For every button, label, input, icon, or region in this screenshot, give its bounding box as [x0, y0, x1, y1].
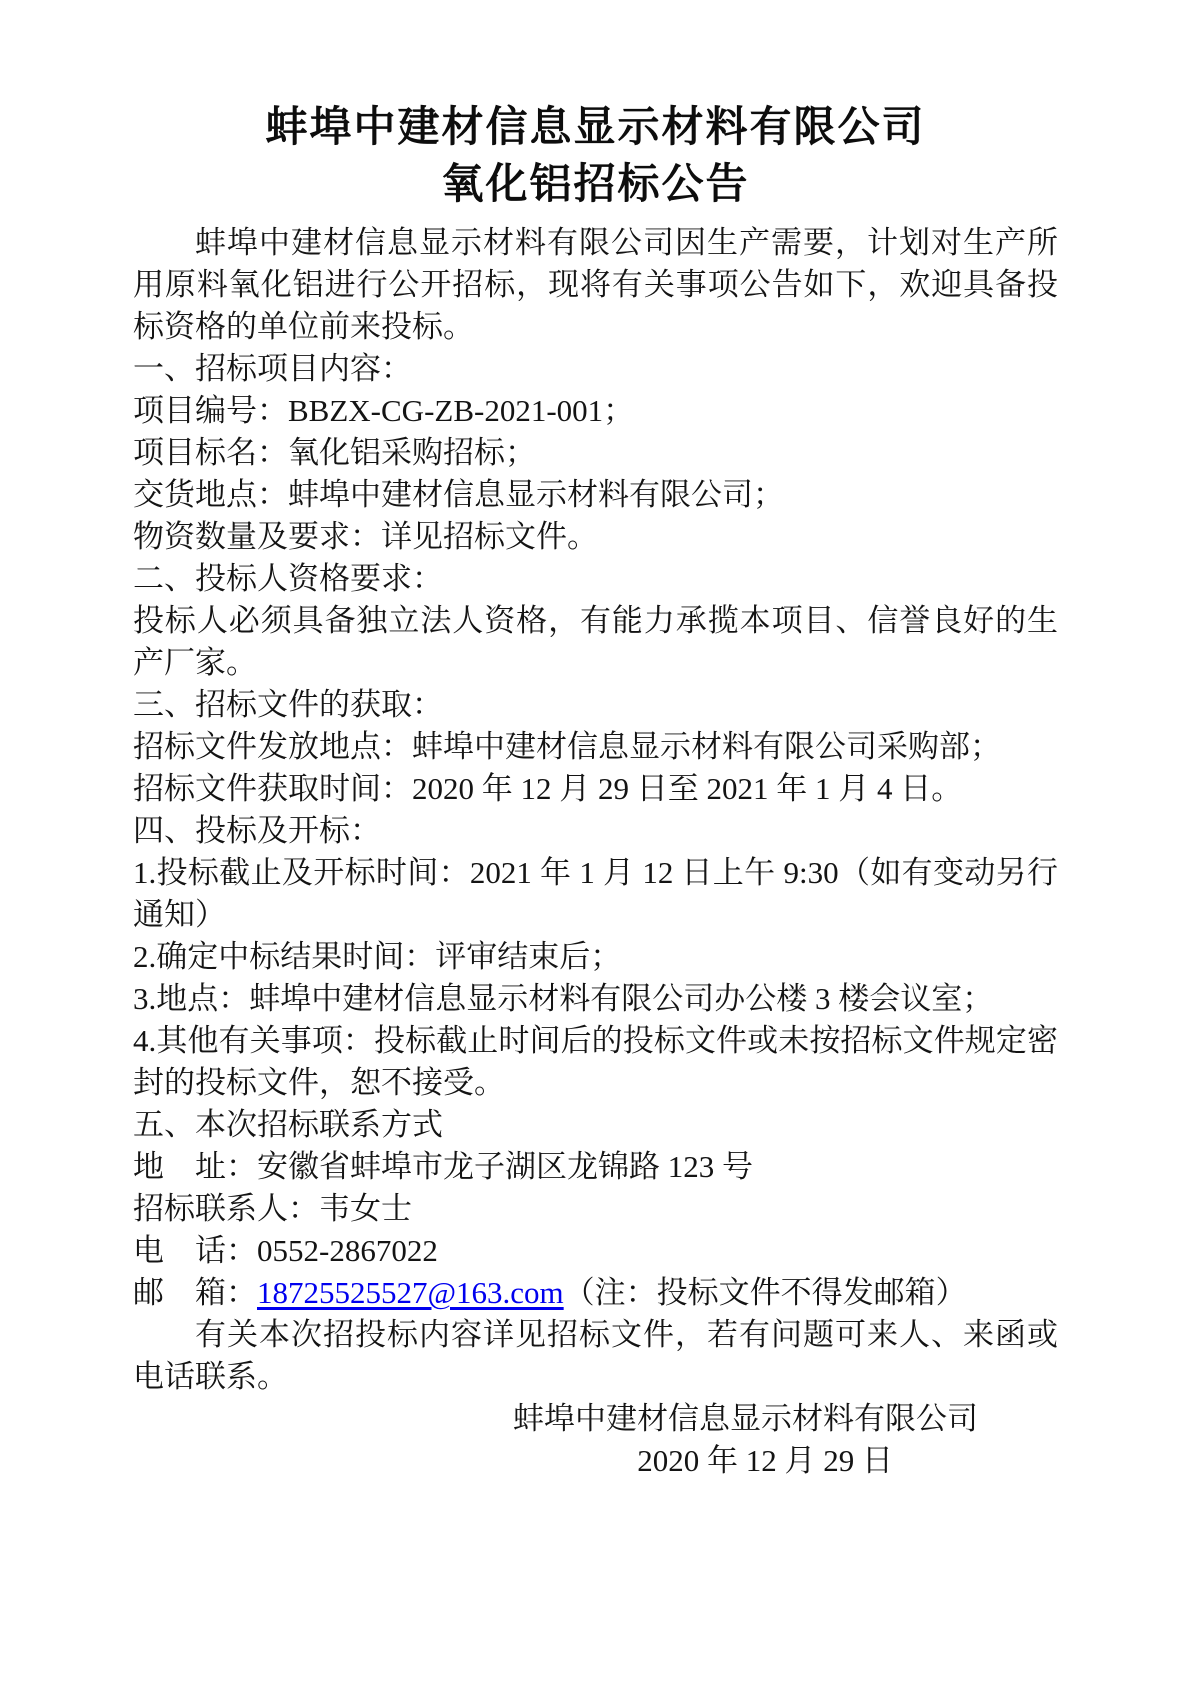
bidder-qualification-line: 投标人必须具备独立法人资格，有能力承揽本项目、信誉良好的生产厂家。 [133, 600, 1058, 684]
signature-block: 蚌埠中建材信息显示材料有限公司 2020 年 12 月 29 日 [133, 1398, 1058, 1482]
project-number-line: 项目编号：BBZX-CG-ZB-2021-001； [133, 390, 1058, 432]
section3-heading: 三、招标文件的获取： [133, 684, 1058, 726]
section4-heading: 四、投标及开标： [133, 810, 1058, 852]
result-time-line: 2.确定中标结果时间：评审结束后； [133, 936, 1058, 978]
section5-heading: 五、本次招标联系方式 [133, 1104, 1058, 1146]
email-note: （注：投标文件不得发邮箱） [564, 1275, 967, 1310]
address-line: 地 址：安徽省蚌埠市龙子湖区龙锦路 123 号 [133, 1146, 1058, 1188]
signature-company: 蚌埠中建材信息显示材料有限公司 [133, 1398, 978, 1440]
email-link[interactable]: 18725525527@163.com [257, 1275, 564, 1310]
quantity-requirement-line: 物资数量及要求：详见招标文件。 [133, 516, 1058, 558]
email-label: 邮 箱： [133, 1275, 257, 1310]
delivery-place-line: 交货地点：蚌埠中建材信息显示材料有限公司； [133, 474, 1058, 516]
phone-line: 电 话：0552-2867022 [133, 1230, 1058, 1272]
document-obtain-time-line: 招标文件获取时间：2020 年 12 月 29 日至 2021 年 1 月 4 … [133, 768, 1058, 810]
project-name-line: 项目标名：氧化铝采购招标； [133, 432, 1058, 474]
section1-heading: 一、招标项目内容： [133, 348, 1058, 390]
bid-deadline-line: 1.投标截止及开标时间：2021 年 1 月 12 日上午 9:30（如有变动另… [133, 852, 1058, 936]
title-company-name: 蚌埠中建材信息显示材料有限公司 [133, 100, 1058, 157]
email-line: 邮 箱：18725525527@163.com（注：投标文件不得发邮箱） [133, 1272, 1058, 1314]
document-page: 蚌埠中建材信息显示材料有限公司 氧化铝招标公告 蚌埠中建材信息显示材料有限公司因… [0, 0, 1191, 1684]
opening-location-line: 3.地点：蚌埠中建材信息显示材料有限公司办公楼 3 楼会议室； [133, 978, 1058, 1020]
document-body: 蚌埠中建材信息显示材料有限公司因生产需要，计划对生产所用原料氧化铝进行公开招标，… [133, 222, 1058, 1398]
title-announcement: 氧化铝招标公告 [133, 157, 1058, 214]
other-matters-line: 4.其他有关事项：投标截止时间后的投标文件或未按招标文件规定密封的投标文件，恕不… [133, 1020, 1058, 1104]
signature-date: 2020 年 12 月 29 日 [133, 1440, 893, 1482]
closing-paragraph: 有关本次招投标内容详见招标文件，若有问题可来人、来函或电话联系。 [133, 1314, 1058, 1398]
section2-heading: 二、投标人资格要求： [133, 558, 1058, 600]
document-title: 蚌埠中建材信息显示材料有限公司 氧化铝招标公告 [133, 100, 1058, 214]
document-issue-place-line: 招标文件发放地点：蚌埠中建材信息显示材料有限公司采购部； [133, 726, 1058, 768]
intro-paragraph: 蚌埠中建材信息显示材料有限公司因生产需要，计划对生产所用原料氧化铝进行公开招标，… [133, 222, 1058, 348]
contact-person-line: 招标联系人：韦女士 [133, 1188, 1058, 1230]
